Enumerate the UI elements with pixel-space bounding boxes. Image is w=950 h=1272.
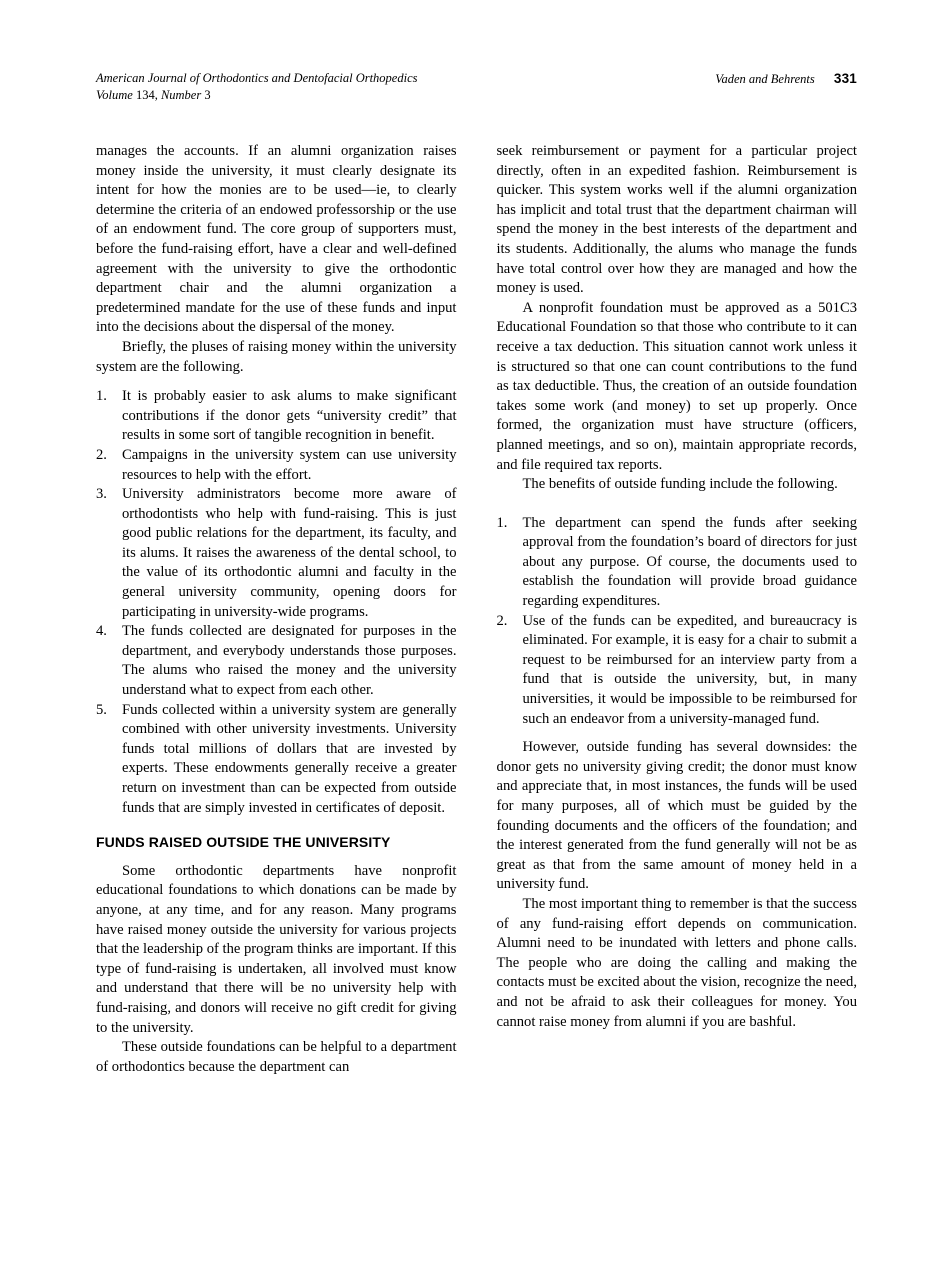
running-head-right: Vaden and Behrents 331 <box>715 70 857 88</box>
list-item-number: 1. <box>497 514 523 612</box>
list-item: 3. University administrators become more… <box>96 485 457 622</box>
list-item-text: Funds collected within a university syst… <box>122 701 457 819</box>
list-item: 5. Funds collected within a university s… <box>96 701 457 819</box>
right-column: seek reimbursement or payment for a part… <box>497 142 858 1077</box>
volume-label: Volume <box>96 88 133 102</box>
list-item: 1. The department can spend the funds af… <box>497 514 858 612</box>
outside-funding-benefits-list: 1. The department can spend the funds af… <box>497 514 858 730</box>
list-item-number: 3. <box>96 485 122 622</box>
page-number: 331 <box>834 71 857 86</box>
list-item-text: The funds collected are designated for p… <box>122 622 457 700</box>
list-item-number: 2. <box>96 446 122 485</box>
number-value: 3 <box>204 88 210 102</box>
journal-title: American Journal of Orthodontics and Den… <box>96 70 418 87</box>
list-item-text: The department can spend the funds after… <box>523 514 858 612</box>
para-continuation-reimbursement: seek reimbursement or payment for a part… <box>497 142 858 299</box>
para-communication: The most important thing to remember is … <box>497 895 858 1032</box>
left-column: manages the accounts. If an alumni organ… <box>96 142 457 1077</box>
para-benefits-intro: The benefits of outside funding include … <box>497 475 858 495</box>
article-body: manages the accounts. If an alumni organ… <box>96 142 857 1077</box>
para-outside-foundations-helpful: These outside foundations can be helpful… <box>96 1038 457 1077</box>
running-head: American Journal of Orthodontics and Den… <box>96 70 857 104</box>
list-item-text: It is probably easier to ask alums to ma… <box>122 387 457 446</box>
para-continuation-accounts: manages the accounts. If an alumni organ… <box>96 142 457 338</box>
list-item-number: 1. <box>96 387 122 446</box>
number-label: Number <box>161 88 201 102</box>
list-item: 2. Campaigns in the university system ca… <box>96 446 457 485</box>
list-item: 2. Use of the funds can be expedited, an… <box>497 612 858 730</box>
list-item: 4. The funds collected are designated fo… <box>96 622 457 700</box>
list-item-number: 5. <box>96 701 122 819</box>
list-item-text: Use of the funds can be expedited, and b… <box>523 612 858 730</box>
para-briefly-pluses: Briefly, the pluses of raising money wit… <box>96 338 457 377</box>
list-item-number: 4. <box>96 622 122 700</box>
section-heading-funds-raised-outside: FUNDS RAISED OUTSIDE THE UNIVERSITY <box>96 833 457 853</box>
list-item-number: 2. <box>497 612 523 730</box>
journal-page: American Journal of Orthodontics and Den… <box>0 0 950 1272</box>
university-pluses-list: 1. It is probably easier to ask alums to… <box>96 387 457 818</box>
para-downsides: However, outside funding has several dow… <box>497 738 858 895</box>
authors: Vaden and Behrents <box>715 72 815 86</box>
list-item: 1. It is probably easier to ask alums to… <box>96 387 457 446</box>
list-item-text: University administrators become more aw… <box>122 485 457 622</box>
para-nonprofit-501c3: A nonprofit foundation must be approved … <box>497 299 858 475</box>
volume-number-line: Volume 134, Number 3 <box>96 87 418 104</box>
list-item-text: Campaigns in the university system can u… <box>122 446 457 485</box>
journal-citation: American Journal of Orthodontics and Den… <box>96 70 418 104</box>
volume-value: 134, <box>136 88 158 102</box>
para-outside-foundations-intro: Some orthodontic departments have nonpro… <box>96 862 457 1038</box>
